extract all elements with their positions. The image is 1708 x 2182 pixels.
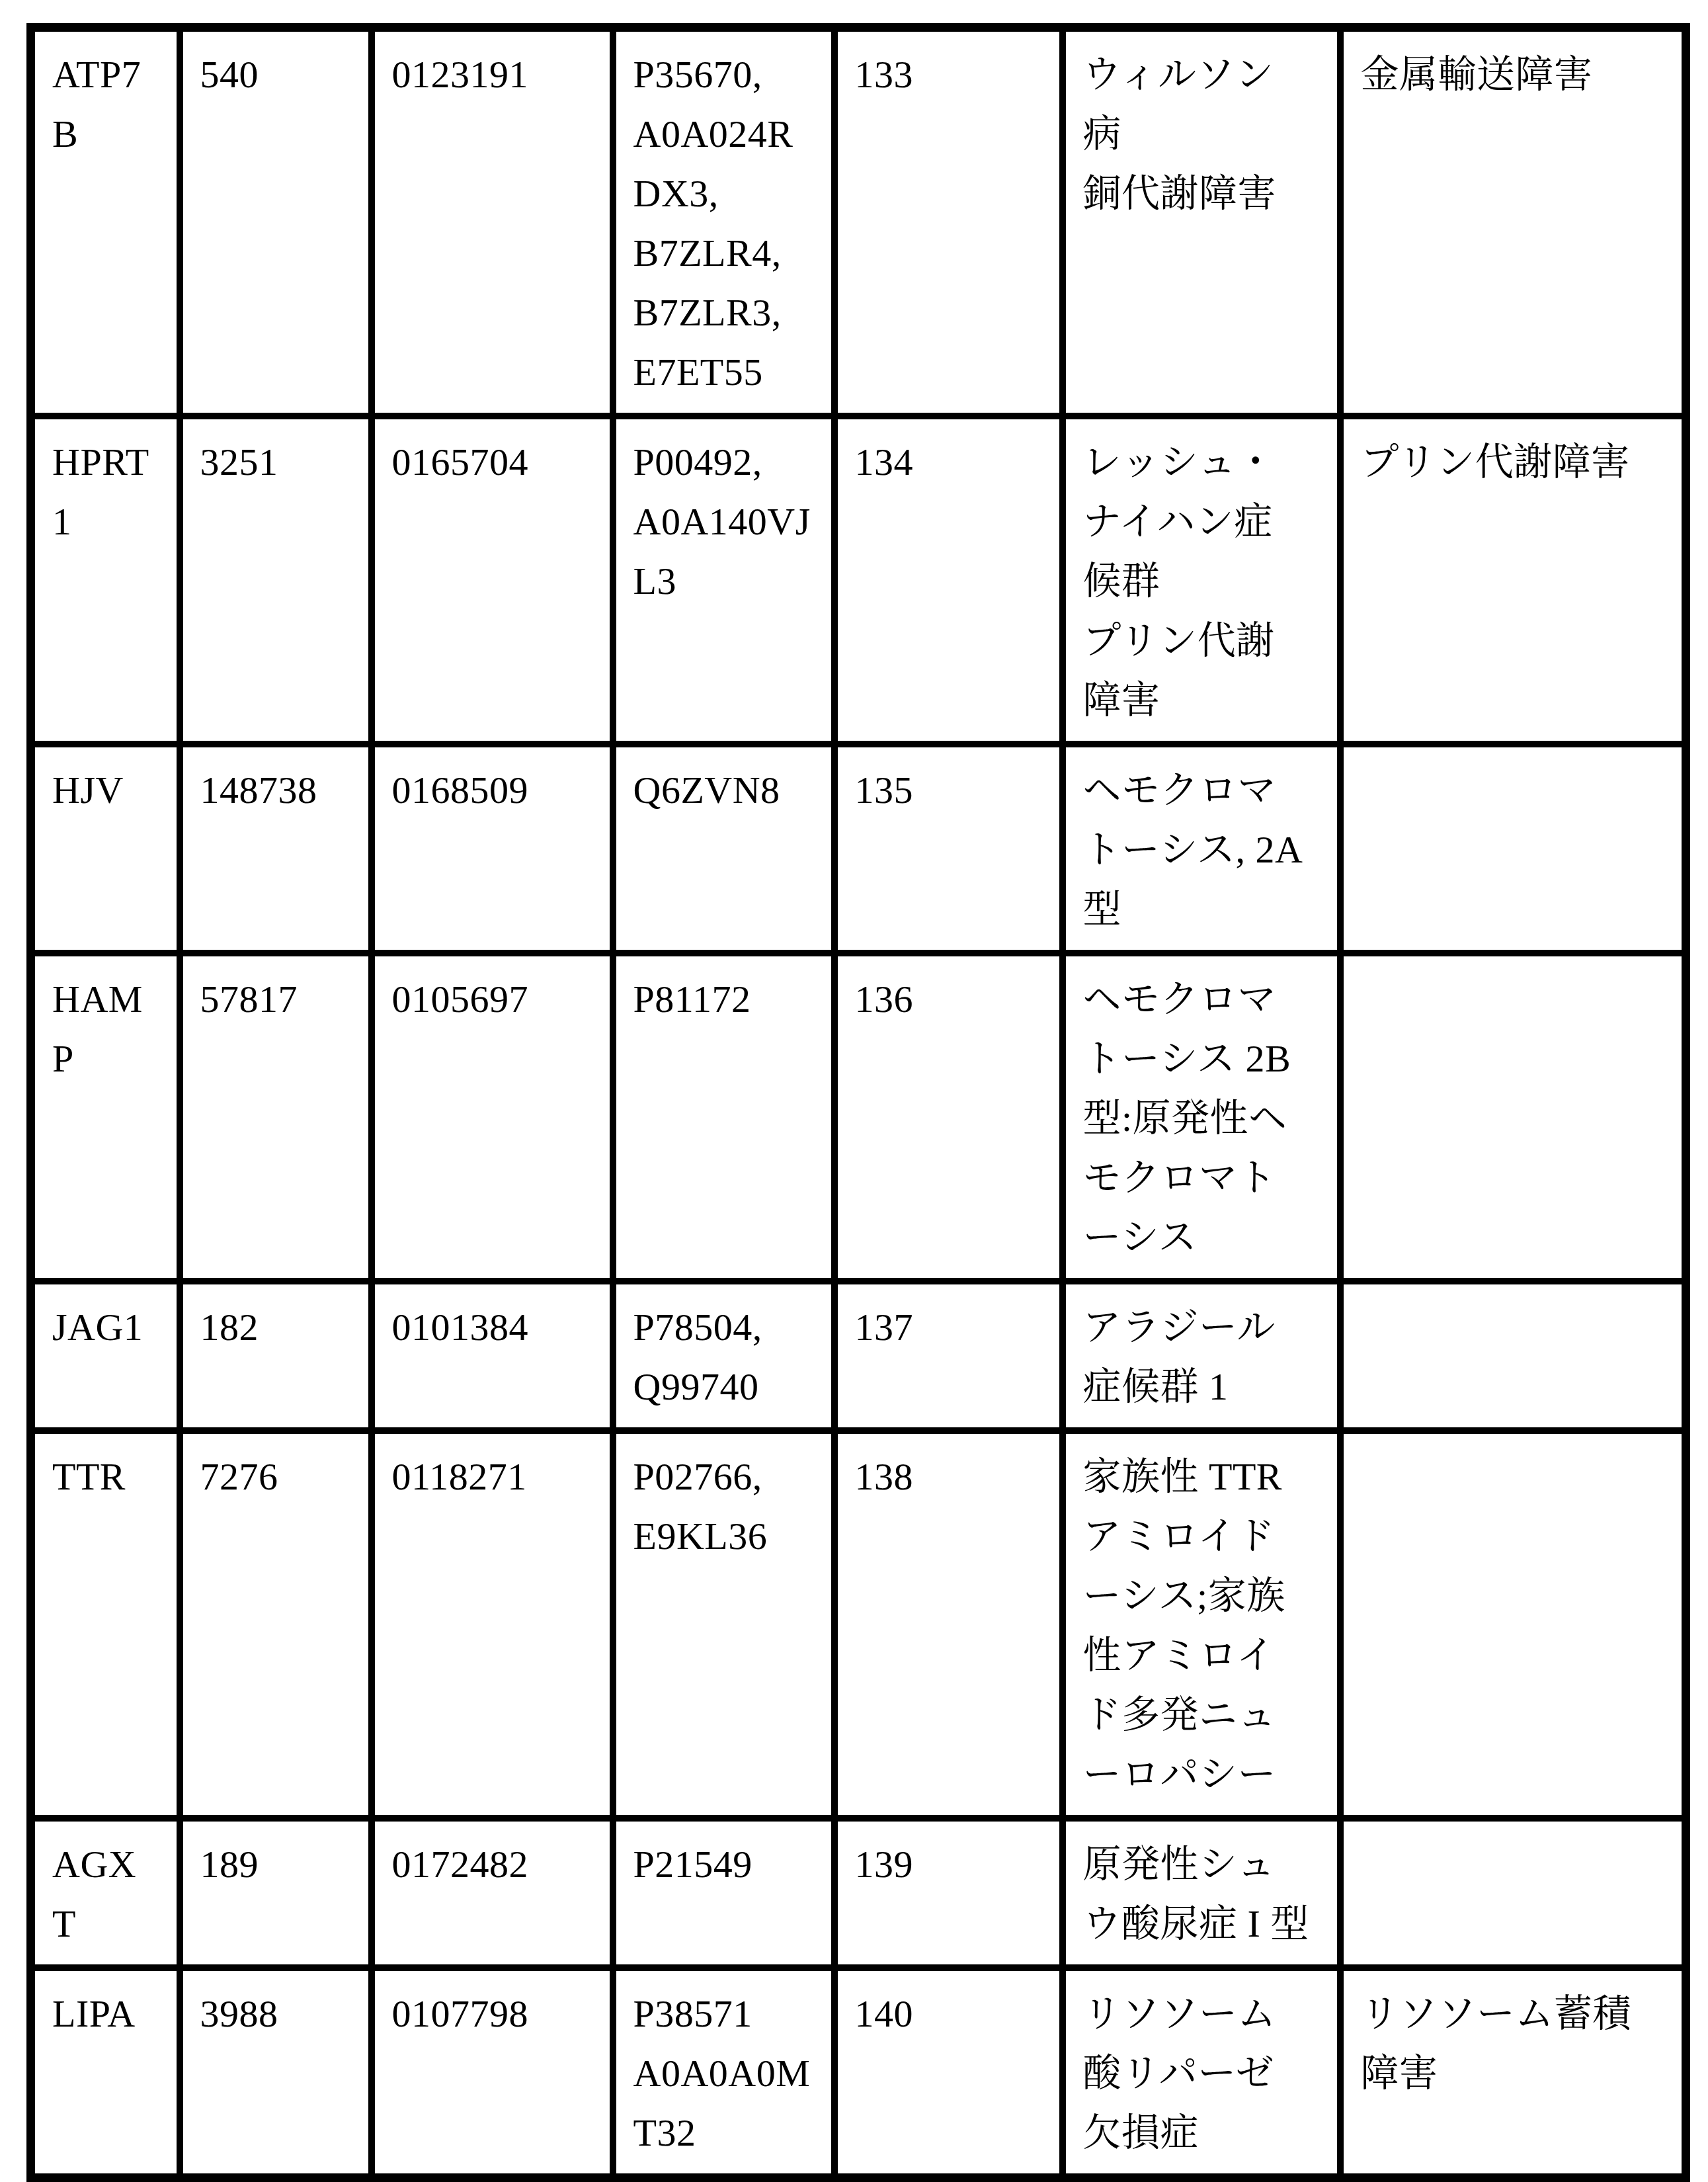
cell-index-number: 138 [834,1431,1063,1818]
cell-accession-number: 0165704 [372,416,613,744]
cell-gene-symbol: HJV [31,744,180,953]
table-row: HJV 148738 0168509 Q6ZVN8 135 ヘモクロマ トーシス… [31,744,1686,953]
cell-disease-name: リソソーム 酸リパーゼ 欠損症 [1063,1968,1340,2178]
cell-index-number: 135 [834,744,1063,953]
cell-gene-symbol: LIPA [31,1968,180,2178]
cell-uniprot-ids: P35670, A0A024R DX3, B7ZLR4, B7ZLR3, E7E… [613,28,834,417]
cell-gene-symbol: HPRT 1 [31,416,180,744]
cell-uniprot-ids: P00492, A0A140VJ L3 [613,416,834,744]
gene-disease-table: ATP7 B 540 0123191 P35670, A0A024R DX3, … [26,23,1690,2182]
cell-gene-id: 57817 [180,953,372,1281]
cell-disease-name: アラジール 症候群 1 [1063,1281,1340,1431]
cell-disease-category [1340,744,1686,953]
cell-disease-category: 金属輸送障害 [1340,28,1686,417]
cell-accession-number: 0105697 [372,953,613,1281]
cell-accession-number: 0101384 [372,1281,613,1431]
table-row: ATP7 B 540 0123191 P35670, A0A024R DX3, … [31,28,1686,417]
cell-uniprot-ids: Q6ZVN8 [613,744,834,953]
cell-accession-number: 0168509 [372,744,613,953]
table-row: TTR 7276 0118271 P02766, E9KL36 138 家族性 … [31,1431,1686,1818]
cell-disease-name: レッシュ・ ナイハン症 候群 プリン代謝 障害 [1063,416,1340,744]
cell-gene-symbol: ATP7 B [31,28,180,417]
cell-disease-category [1340,1818,1686,1968]
cell-disease-category [1340,953,1686,1281]
cell-disease-name: ヘモクロマ トーシス 2B 型:原発性ヘ モクロマト ーシス [1063,953,1340,1281]
cell-gene-symbol: AGX T [31,1818,180,1968]
cell-gene-id: 182 [180,1281,372,1431]
cell-gene-symbol: HAM P [31,953,180,1281]
cell-accession-number: 0172482 [372,1818,613,1968]
cell-accession-number: 0118271 [372,1431,613,1818]
cell-disease-category: プリン代謝障害 [1340,416,1686,744]
cell-index-number: 134 [834,416,1063,744]
cell-uniprot-ids: P02766, E9KL36 [613,1431,834,1818]
cell-gene-id: 540 [180,28,372,417]
table-row: AGX T 189 0172482 P21549 139 原発性シュ ウ酸尿症 … [31,1818,1686,1968]
cell-gene-id: 189 [180,1818,372,1968]
cell-disease-name: 家族性 TTR アミロイド ーシス;家族 性アミロイ ド多発ニュ ーロパシー [1063,1431,1340,1818]
cell-disease-name: 原発性シュ ウ酸尿症 I 型 [1063,1818,1340,1968]
cell-gene-id: 7276 [180,1431,372,1818]
table-row: HAM P 57817 0105697 P81172 136 ヘモクロマ トーシ… [31,953,1686,1281]
cell-accession-number: 0107798 [372,1968,613,2178]
cell-disease-category [1340,1281,1686,1431]
cell-index-number: 137 [834,1281,1063,1431]
patent-document-page: ATP7 B 540 0123191 P35670, A0A024R DX3, … [0,0,1708,2077]
cell-uniprot-ids: P21549 [613,1818,834,1968]
cell-disease-category: リソソーム蓄積 障害 [1340,1968,1686,2178]
cell-uniprot-ids: P38571 A0A0A0M T32 [613,1968,834,2178]
cell-gene-id: 3988 [180,1968,372,2178]
cell-index-number: 136 [834,953,1063,1281]
cell-gene-symbol: JAG1 [31,1281,180,1431]
cell-index-number: 140 [834,1968,1063,2178]
cell-uniprot-ids: P81172 [613,953,834,1281]
cell-disease-name: ヘモクロマ トーシス, 2A 型 [1063,744,1340,953]
cell-disease-name: ウィルソン 病 銅代謝障害 [1063,28,1340,417]
cell-disease-category [1340,1431,1686,1818]
cell-gene-symbol: TTR [31,1431,180,1818]
cell-gene-id: 3251 [180,416,372,744]
cell-gene-id: 148738 [180,744,372,953]
table-row: JAG1 182 0101384 P78504, Q99740 137 アラジー… [31,1281,1686,1431]
table-row: HPRT 1 3251 0165704 P00492, A0A140VJ L3 … [31,416,1686,744]
cell-accession-number: 0123191 [372,28,613,417]
cell-uniprot-ids: P78504, Q99740 [613,1281,834,1431]
cell-index-number: 133 [834,28,1063,417]
table-row: LIPA 3988 0107798 P38571 A0A0A0M T32 140… [31,1968,1686,2178]
cell-index-number: 139 [834,1818,1063,1968]
